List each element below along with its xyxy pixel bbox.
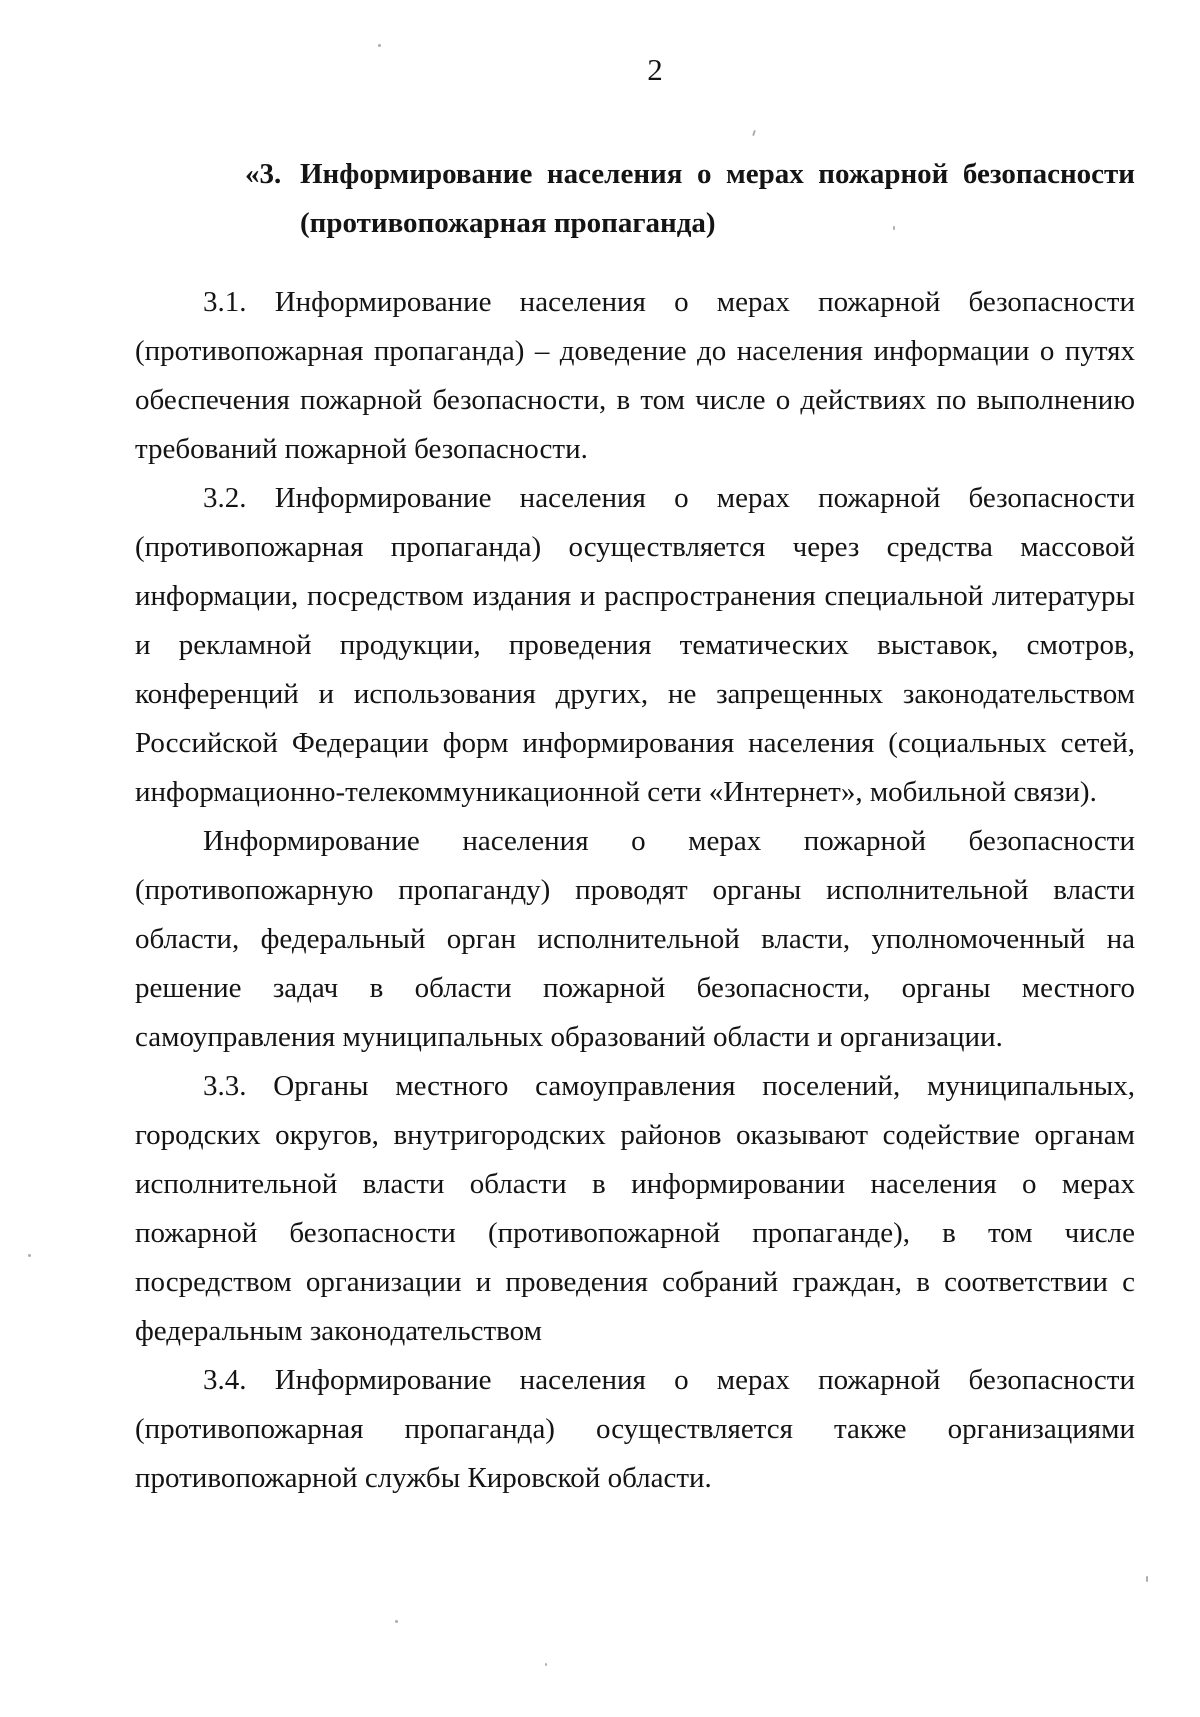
scan-speck [28, 1254, 31, 1257]
text-line: (противопожарная пропаганда) – доведение… [135, 327, 1135, 376]
scan-speck [752, 130, 756, 136]
text-line: противопожарной службы Кировской области… [135, 1454, 1135, 1503]
text-line: посредством организации и проведения соб… [135, 1258, 1135, 1307]
text-line: (противопожарную пропаганду) проводят ор… [135, 866, 1135, 915]
text-line: 3.4. Информирование населения о мерах по… [135, 1356, 1135, 1405]
paragraph-3-1: 3.1. Информирование населения о мерах по… [135, 278, 1135, 474]
text-line: 3.2. Информирование населения о мерах по… [135, 474, 1135, 523]
text-line: исполнительной власти области в информир… [135, 1160, 1135, 1209]
paragraph-3-3: 3.3. Органы местного самоуправления посе… [135, 1062, 1135, 1356]
section-heading-line: Информирование населения о мерах пожарно… [300, 150, 1135, 199]
paragraph-3-2: 3.2. Информирование населения о мерах по… [135, 474, 1135, 817]
text-line: федеральным законодательством [135, 1307, 1135, 1356]
page-number: 2 [135, 50, 1175, 90]
paragraph: Информирование населения о мерах пожарно… [135, 817, 1135, 1062]
text-line: конференций и использования других, не з… [135, 670, 1135, 719]
text-line: 3.3. Органы местного самоуправления посе… [135, 1062, 1135, 1111]
paragraph-3-4: 3.4. Информирование населения о мерах по… [135, 1356, 1135, 1503]
text-line: 3.1. Информирование населения о мерах по… [135, 278, 1135, 327]
text-line: информационно-телекоммуникационной сети … [135, 768, 1135, 817]
text-line: области, федеральный орган исполнительно… [135, 915, 1135, 964]
text-line: Российской Федерации форм информирования… [135, 719, 1135, 768]
document-page: 2 «3. Информирование населения о мерах п… [0, 0, 1200, 1717]
text-line: (противопожарная пропаганда) осуществляе… [135, 523, 1135, 572]
document-body: 3.1. Информирование населения о мерах по… [135, 278, 1135, 1503]
section-number: «3. [245, 150, 300, 199]
document-content: «3. Информирование населения о мерах пож… [135, 150, 1135, 1503]
section-heading-text: Информирование населения о мерах пожарно… [300, 150, 1135, 248]
text-line: Информирование населения о мерах пожарно… [135, 817, 1135, 866]
scan-speck [545, 1663, 547, 1666]
scan-speck [1146, 1576, 1148, 1582]
text-line: обеспечения пожарной безопасности, в том… [135, 376, 1135, 425]
text-line: (противопожарная пропаганда) осуществляе… [135, 1405, 1135, 1454]
text-line: городских округов, внутригородских район… [135, 1111, 1135, 1160]
section-heading: «3. Информирование населения о мерах пож… [245, 150, 1135, 248]
section-heading-line: (противопожарная пропаганда) [300, 199, 1135, 248]
text-line: и рекламной продукции, проведения темати… [135, 621, 1135, 670]
scan-speck [395, 1620, 398, 1623]
text-line: самоуправления муниципальных образований… [135, 1013, 1135, 1062]
text-line: пожарной безопасности (противопожарной п… [135, 1209, 1135, 1258]
scan-speck [893, 226, 895, 230]
scan-speck [378, 44, 381, 47]
text-line: требований пожарной безопасности. [135, 425, 1135, 474]
text-line: информации, посредством издания и распро… [135, 572, 1135, 621]
text-line: решение задач в области пожарной безопас… [135, 964, 1135, 1013]
